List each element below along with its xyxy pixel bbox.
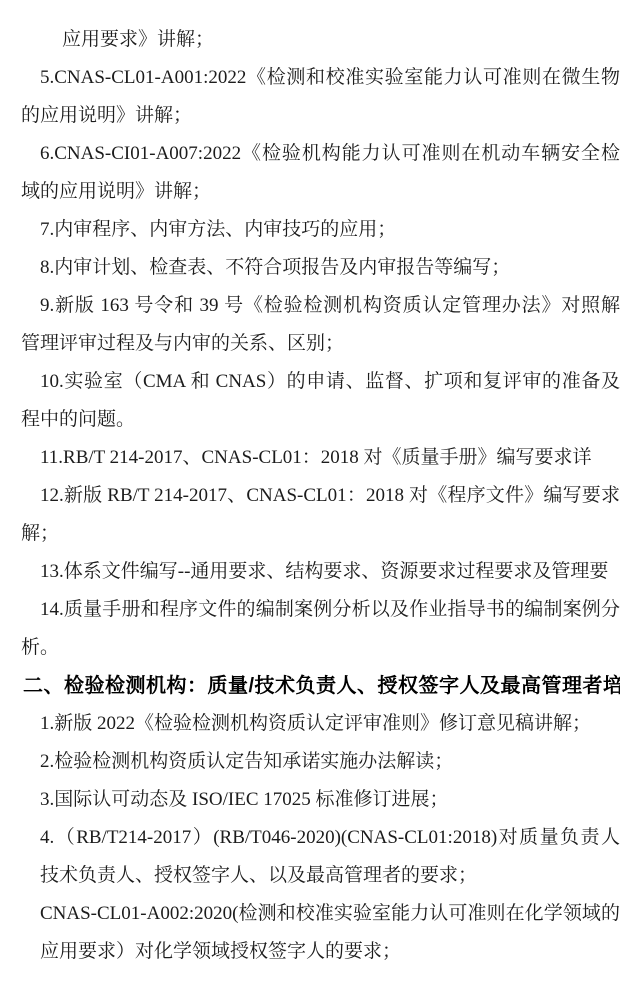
list-item-6: 6.CNAS-CI01-A007:2022《检验机构能力认可准则在机动车辆安全检… xyxy=(21,135,620,173)
document-page: 应用要求》讲解； 5.CNAS-CL01-A001:2022《检测和校准实验室能… xyxy=(0,0,640,1000)
list-item-3: 3.国际认可动态及 ISO/IEC 17025 标准修订进展； xyxy=(21,781,620,819)
list-item-12-continuation: 解； xyxy=(21,515,620,553)
list-item-1: 1.新版 2022《检验检测机构资质认定评审准则》修订意见稿讲解； xyxy=(21,705,620,743)
list-item-4-cnas-ref: CNAS-CL01-A002:2020(检测和校准实验室能力认可准则在化学领域的 xyxy=(21,895,620,933)
list-item-4-continuation: 技术负责人、授权签字人、以及最高管理者的要求； xyxy=(21,857,620,895)
list-item-4-cnas-ref-continuation: 应用要求）对化学领域授权签字人的要求； xyxy=(21,933,620,971)
list-item-10-continuation: 程中的问题。 xyxy=(21,401,620,439)
list-item-6-continuation: 域的应用说明》讲解； xyxy=(21,173,620,211)
list-item-12: 12.新版 RB/T 214-2017、CNAS-CL01：2018 对《程序文… xyxy=(21,477,620,515)
list-item-5-continuation: 的应用说明》讲解； xyxy=(21,97,620,135)
list-item-2: 2.检验检测机构资质认定告知承诺实施办法解读； xyxy=(21,743,620,781)
list-item-8: 8.内审计划、检查表、不符合项报告及内审报告等编写； xyxy=(21,249,620,287)
section-heading: 二、检验检测机构：质量/技术负责人、授权签字人及最高管理者培训 xyxy=(21,667,620,705)
list-item-14-continuation: 析。 xyxy=(21,629,620,667)
list-item-11: 11.RB/T 214-2017、CNAS-CL01：2018 对《质量手册》编… xyxy=(21,439,620,477)
list-item-10: 10.实验室（CMA 和 CNAS）的申请、监督、扩项和复评审的准备及评审过 xyxy=(21,363,620,401)
list-item-9: 9.新版 163 号令和 39 号《检验检测机构资质认定管理办法》对照解读； xyxy=(21,287,620,325)
list-item-13: 13.体系文件编写--通用要求、结构要求、资源要求过程要求及管理要求。 xyxy=(21,553,620,591)
list-item-9-continuation: 管理评审过程及与内审的关系、区别； xyxy=(21,325,620,363)
list-item-7: 7.内审程序、内审方法、内审技巧的应用； xyxy=(21,211,620,249)
list-item-5: 5.CNAS-CL01-A001:2022《检测和校准实验室能力认可准则在微生物… xyxy=(21,59,620,97)
list-item-14: 14.质量手册和程序文件的编制案例分析以及作业指导书的编制案例分 xyxy=(21,591,620,629)
list-item-4: 4.（RB/T214-2017）(RB/T046-2020)(CNAS-CL01… xyxy=(21,819,620,857)
carryover-continuation-line: 应用要求》讲解； xyxy=(21,21,620,59)
